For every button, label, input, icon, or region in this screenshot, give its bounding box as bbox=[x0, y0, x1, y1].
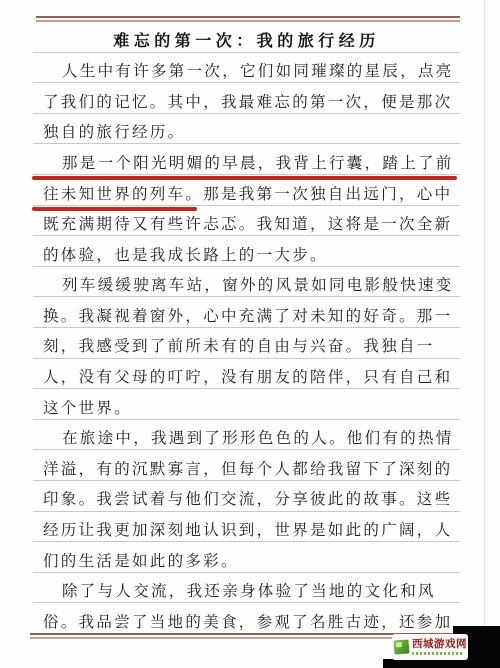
essay-line: 们的生活是如此的多彩。 bbox=[33, 542, 460, 573]
essay-line: 了我们的记忆。其中，我最难忘的第一次，便是那次 bbox=[33, 83, 460, 114]
watermark-site-name: 西城游戏网 bbox=[412, 639, 467, 651]
essay-line: 的体验，也是我成长路上的一大步。 bbox=[33, 236, 460, 267]
essay-line: 除了与人交流，我还亲身体验了当地的文化和风 bbox=[33, 573, 460, 604]
notebook-page: 难忘的第一次：我的旅行经历 人生中有许多第一次，它们如同璀璨的星辰，点亮 了我们… bbox=[0, 0, 500, 668]
essay-body: 难忘的第一次：我的旅行经历 人生中有许多第一次，它们如同璀璨的星辰，点亮 了我们… bbox=[33, 22, 460, 634]
essay-line: 洋溢，有的沉默寡言，但每个人都给我留下了深刻的 bbox=[33, 450, 460, 481]
red-underline bbox=[32, 207, 197, 211]
essay-line: 经历让我更加深刻地认识到，世界是如此的广阔，人 bbox=[33, 512, 460, 543]
essay-line: 俗。我品尝了当地的美食，参观了名胜古迹，还参加 bbox=[33, 603, 460, 634]
watermark-logo-icon bbox=[394, 639, 410, 654]
essay-line: 人，没有父母的叮咛，没有朋友的陪伴，只有自己和 bbox=[33, 359, 460, 390]
bottom-black-strip bbox=[383, 659, 500, 668]
essay-line: 刻，我感受到了前所未有的自由与兴奋。我独自一 bbox=[33, 328, 460, 359]
watermark-subtext-line bbox=[412, 652, 464, 655]
essay-line: 这个世界。 bbox=[33, 389, 460, 420]
essay-line-underlined: 那是一个阳光明媚的早晨，我背上行囊，踏上了前 bbox=[33, 144, 460, 175]
essay-line: 独自的旅行经历。 bbox=[33, 114, 460, 145]
essay-line: 在旅途中，我遇到了形形色色的人。他们有的热情 bbox=[33, 420, 460, 451]
site-watermark: 西城游戏网 bbox=[392, 634, 468, 660]
essay-title-row: 难忘的第一次：我的旅行经历 bbox=[33, 22, 460, 53]
page-edge-line bbox=[484, 0, 485, 668]
essay-line: 人生中有许多第一次，它们如同璀璨的星辰，点亮 bbox=[33, 53, 460, 84]
essay-line: 印象。我尝试着与他们交流，分享彼此的故事。这些 bbox=[33, 481, 460, 512]
essay-line: 换。我凝视着窗外，心中充满了对未知的好奇。那一 bbox=[33, 297, 460, 328]
page-title: 难忘的第一次：我的旅行经历 bbox=[33, 32, 460, 52]
essay-line: 列车缓缓驶离车站，窗外的风景如同电影般快速变 bbox=[33, 267, 460, 298]
red-underline bbox=[32, 176, 457, 180]
